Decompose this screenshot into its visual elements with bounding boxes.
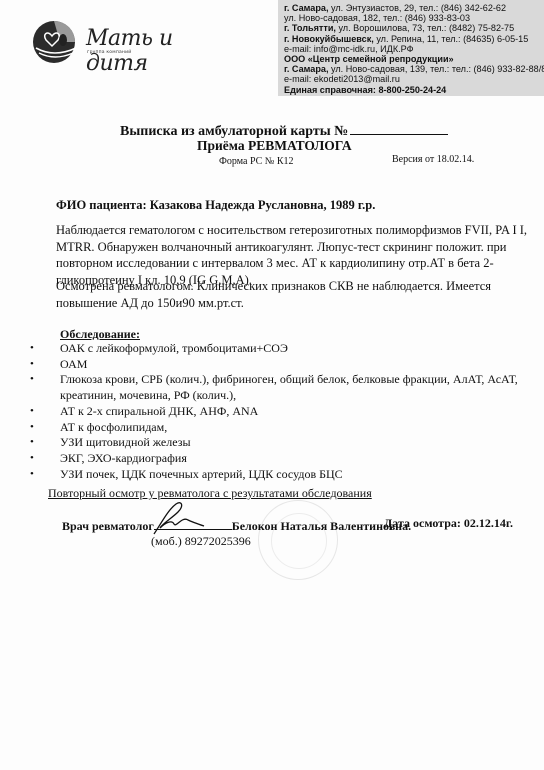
form-number: Форма РС № К12 xyxy=(219,156,294,167)
contact-line-text: ул. Ново-садовая, 182, тел.: (846) 933-8… xyxy=(284,13,470,23)
company-logo: Мать и дитя группа компаний xyxy=(30,18,190,66)
contact-line-bold: г. Самара, xyxy=(284,64,328,74)
contact-line-text: e-mail: ekodeti2013@mail.ru xyxy=(284,74,400,84)
doctor-label: Врач ревматолог xyxy=(62,519,154,533)
exam-item: АТ к 2-х спиральной ДНК, АНФ, ANA xyxy=(20,404,520,420)
version-label: Версия от 18.02.14. xyxy=(392,154,474,165)
document-subtitle: Приёма РЕВМАТОЛОГА xyxy=(197,138,352,154)
contact-line: г. Новокуйбышевск, ул. Репина, 11, тел.:… xyxy=(284,34,544,44)
contact-line-text: ул. Энтузиастов, 29, тел.: (846) 342-62-… xyxy=(328,3,506,13)
signature-line-2 xyxy=(198,519,232,530)
document-page: Мать и дитя группа компаний г. Самара, у… xyxy=(0,0,544,770)
doctor-line: Врач ревматологБелокон Наталья Валентино… xyxy=(62,519,411,534)
exam-item: УЗИ почек, ЦДК почечных артерий, ЦДК сос… xyxy=(20,467,520,483)
exam-heading: Обследование: xyxy=(60,327,140,342)
followup-note: Повторный осмотр у ревматолога с результ… xyxy=(48,486,372,501)
contact-line-bold: Единая справочная: 8-800-250-24-24 xyxy=(284,85,446,95)
exam-item: АТ к фосфолипидам, xyxy=(20,420,520,436)
card-number-blank xyxy=(350,122,448,135)
contact-line-bold: г. Тольятти, xyxy=(284,23,336,33)
contact-line-bold: г. Новокуйбышевск, xyxy=(284,34,374,44)
contact-line: ул. Ново-садовая, 182, тел.: (846) 933-8… xyxy=(284,13,544,23)
exam-item: ОАМ xyxy=(20,357,520,373)
exam-item: Глюкоза крови, СРБ (колич.), фибриноген,… xyxy=(20,372,520,403)
contacts-block: г. Самара, ул. Энтузиастов, 29, тел.: (8… xyxy=(278,0,544,96)
logo-subtitle: группа компаний xyxy=(87,50,131,55)
mother-child-logo-icon xyxy=(30,18,82,66)
contact-line: г. Самара, ул. Энтузиастов, 29, тел.: (8… xyxy=(284,3,544,13)
signature-line xyxy=(154,519,198,530)
contact-line: г. Самара, ул. Ново-садовая, 139, тел.: … xyxy=(284,64,544,74)
contact-line-bold: ООО «Центр семейной репродукции» xyxy=(284,54,454,64)
exam-item: ЭКГ, ЭХО-кардиография xyxy=(20,451,520,467)
title-text: Выписка из амбулаторной карты № xyxy=(120,124,348,139)
contact-line-text: e-mail: info@mc-idk.ru, ИДК.РФ xyxy=(284,44,414,54)
doctor-stamp xyxy=(258,500,338,580)
contact-line: ООО «Центр семейной репродукции» xyxy=(284,54,544,64)
contact-line: Единая справочная: 8-800-250-24-24 xyxy=(284,85,544,95)
contact-line: г. Тольятти, ул. Ворошилова, 73, тел.: (… xyxy=(284,23,544,33)
contact-line-text: ул. Ново-садовая, 139, тел.: тел.: (846)… xyxy=(328,64,544,74)
exam-item: ОАК с лейкоформулой, тромбоцитами+СОЭ xyxy=(20,341,520,357)
contact-line-bold: г. Самара, xyxy=(284,3,328,13)
contact-line-text: ул. Ворошилова, 73, тел.: (8482) 75-82-7… xyxy=(336,23,514,33)
doctor-mobile: (моб.) 89272025396 xyxy=(151,534,251,549)
exam-item: УЗИ щитовидной железы xyxy=(20,435,520,451)
exam-date: Дата осмотра: 02.12.14г. xyxy=(384,516,513,531)
patient-name: ФИО пациента: Казакова Надежда Руслановн… xyxy=(56,198,375,213)
exam-list: ОАК с лейкоформулой, тромбоцитами+СОЭ ОА… xyxy=(20,341,520,482)
contact-line: e-mail: info@mc-idk.ru, ИДК.РФ xyxy=(284,44,544,54)
contact-line-text: ул. Репина, 11, тел.: (84635) 6-05-15 xyxy=(374,34,529,44)
exam-findings-paragraph: Осмотрена ревматологом. Клинических приз… xyxy=(56,278,536,311)
contact-line: e-mail: ekodeti2013@mail.ru xyxy=(284,74,544,84)
